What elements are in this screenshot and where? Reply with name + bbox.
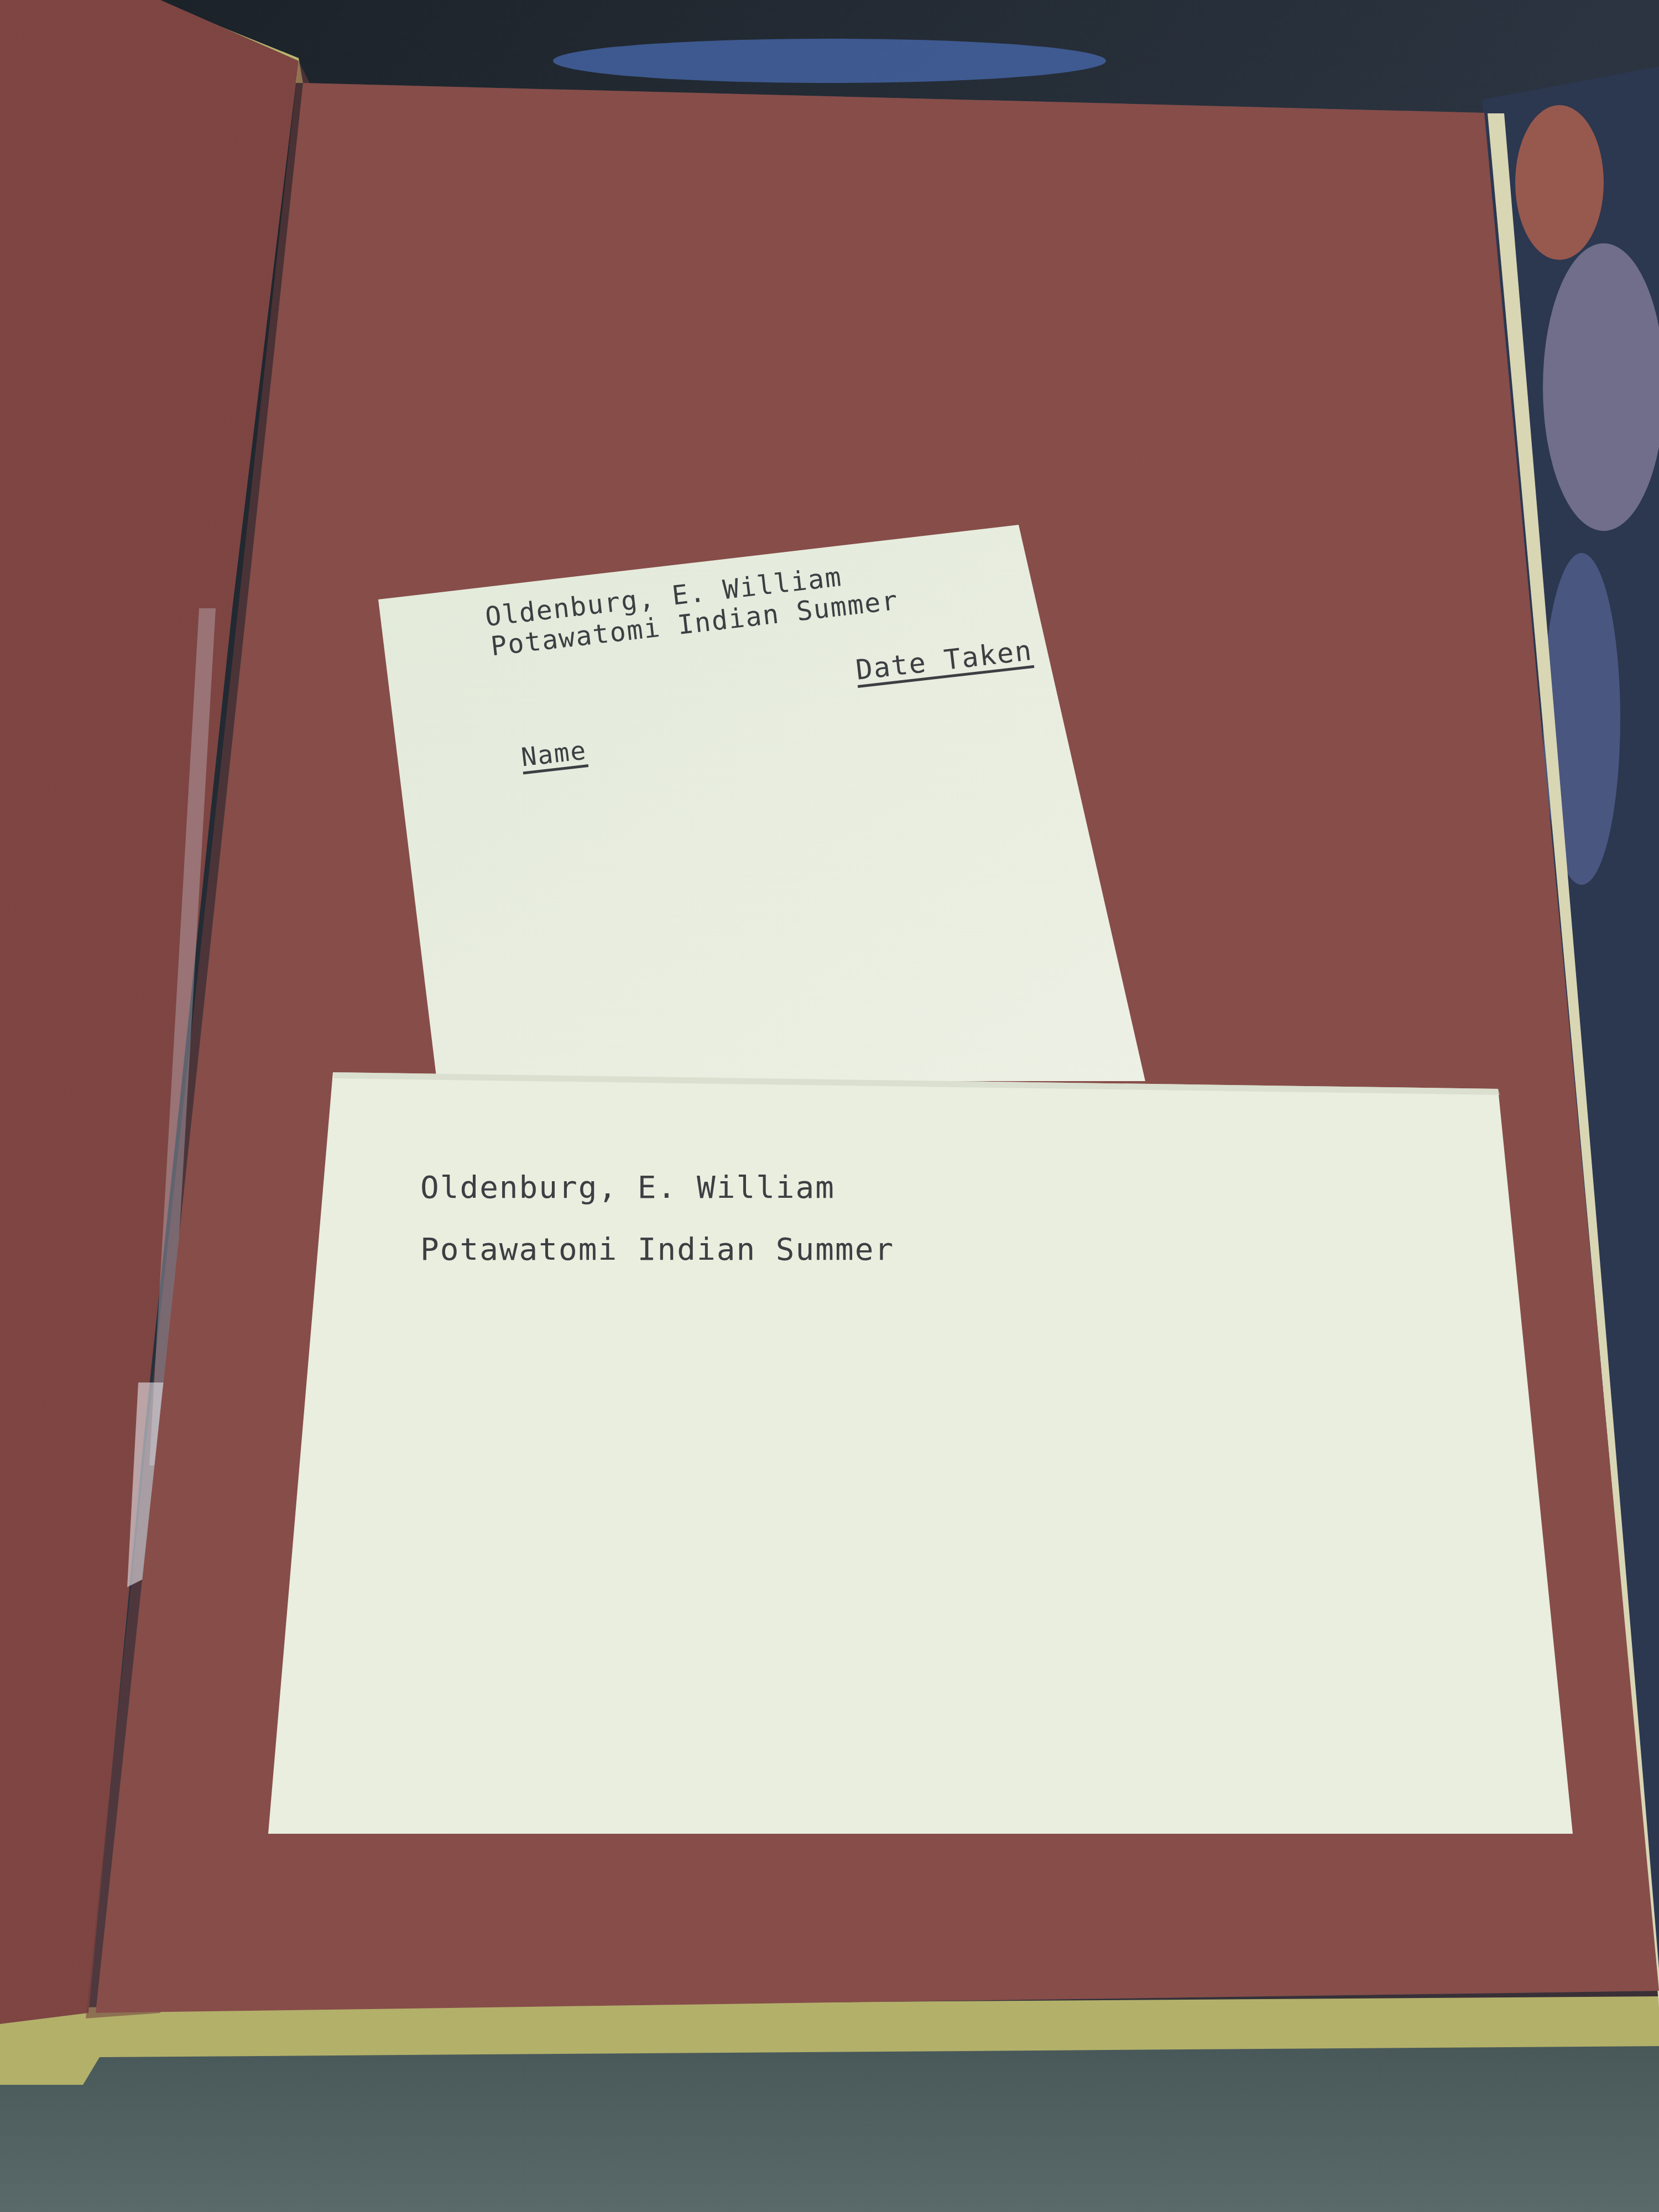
- pocket-card-title: Potawatomi Indian Summer: [420, 1232, 894, 1267]
- pocket-card: Oldenburg, E. William Potawatomi Indian …: [332, 1073, 1548, 1830]
- top-card-date-label: Date Taken: [854, 634, 1034, 686]
- photo-scene: Oldenburg, E. William Potawatomi Indian …: [0, 0, 1659, 2212]
- pocket-card-author: Oldenburg, E. William: [420, 1170, 835, 1206]
- top-card-name-label: Name: [520, 735, 588, 772]
